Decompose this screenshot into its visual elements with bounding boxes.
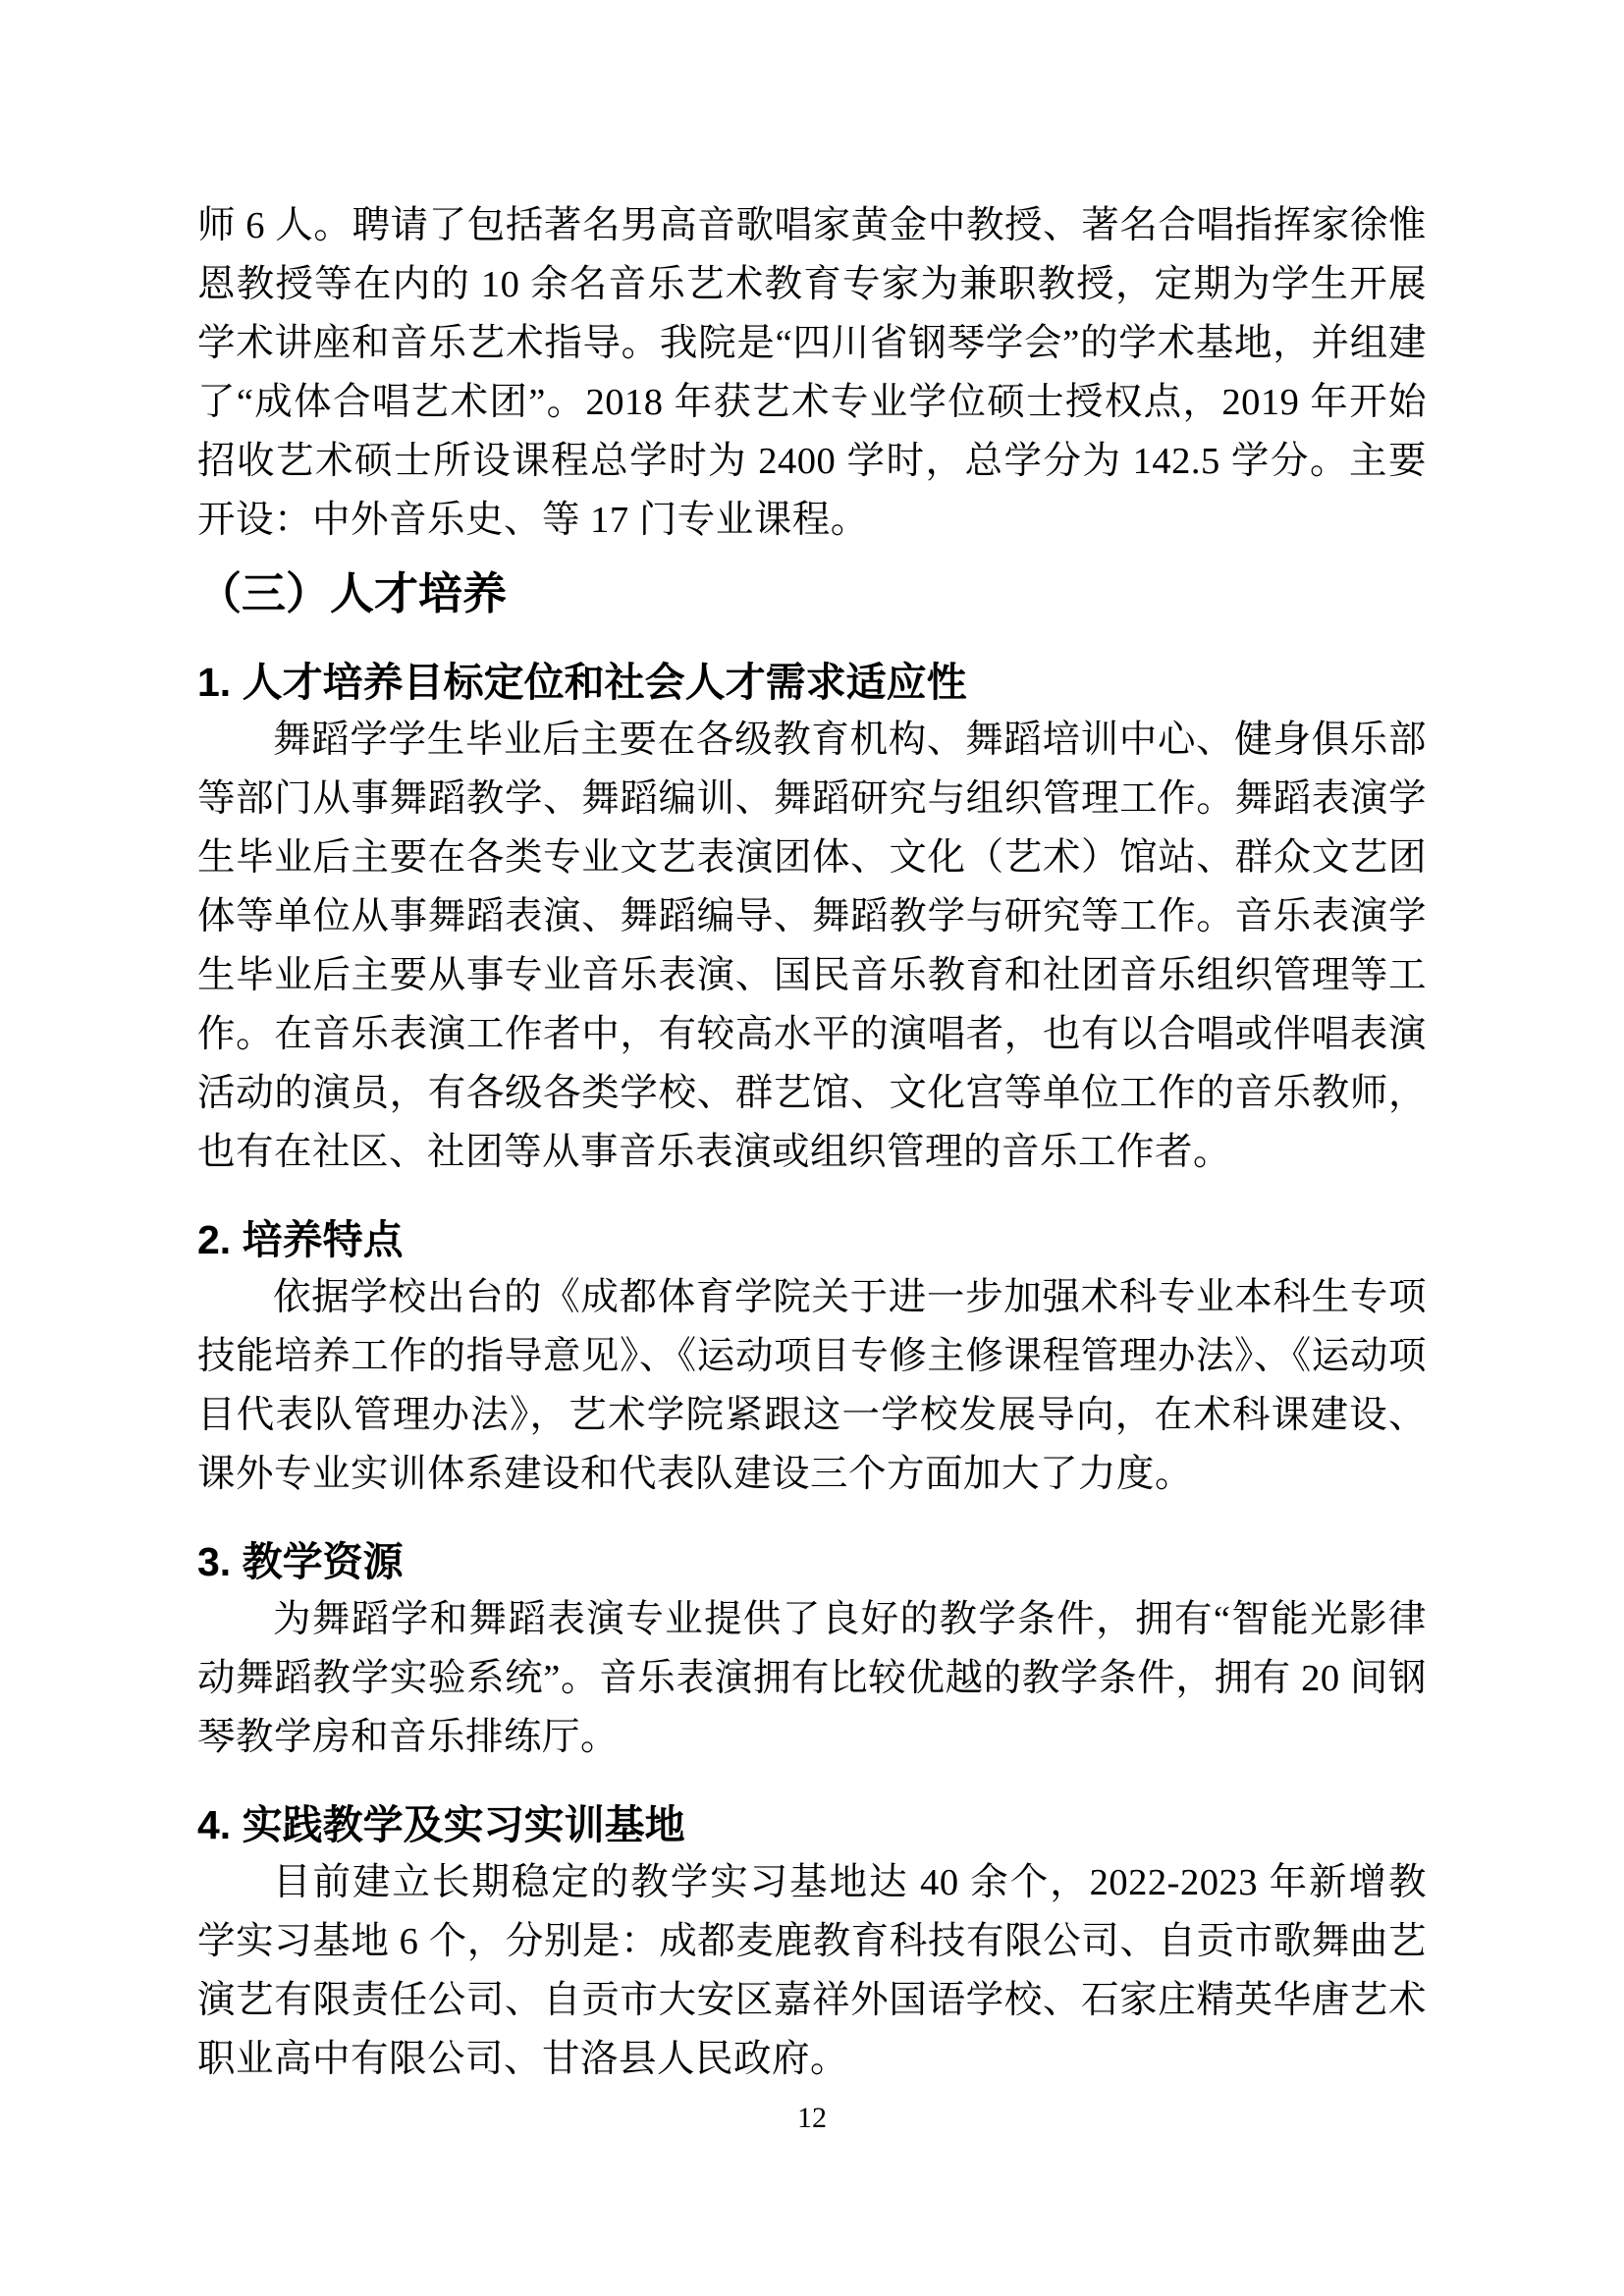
subsection-4-heading: 4. 实践教学及实习实训基地 (197, 1796, 1427, 1853)
subsection-4-paragraph: 目前建立长期稳定的教学实习基地达 40 余个，2022-2023 年新增教学实习… (197, 1853, 1427, 2089)
subsection-1-paragraph: 舞蹈学学生毕业后主要在各级教育机构、舞蹈培训中心、健身俱乐部等部门从事舞蹈教学、… (197, 711, 1427, 1182)
text-block: 师 6 人。聘请了包括著名男高音歌唱家黄金中教授、著名合唱指挥家徐惟恩教授等在内… (197, 196, 1427, 2089)
subsection-1-heading: 1. 人才培养目标定位和社会人才需求适应性 (197, 654, 1427, 711)
section-heading-talent-cultivation: （三）人才培养 (197, 563, 1427, 624)
continuation-paragraph: 师 6 人。聘请了包括著名男高音歌唱家黄金中教授、著名合唱指挥家徐惟恩教授等在内… (197, 196, 1427, 550)
subsection-2-heading: 2. 培养特点 (197, 1211, 1427, 1268)
page-number: 12 (0, 2101, 1624, 2136)
subsection-2-paragraph: 依据学校出台的《成都体育学院关于进一步加强术科专业本科生专项技能培养工作的指导意… (197, 1268, 1427, 1504)
subsection-3-paragraph: 为舞蹈学和舞蹈表演专业提供了良好的教学条件，拥有“智能光影律动舞蹈教学实验系统”… (197, 1590, 1427, 1767)
document-page: 师 6 人。聘请了包括著名男高音歌唱家黄金中教授、著名合唱指挥家徐惟恩教授等在内… (0, 0, 1624, 2296)
subsection-3-heading: 3. 教学资源 (197, 1533, 1427, 1590)
